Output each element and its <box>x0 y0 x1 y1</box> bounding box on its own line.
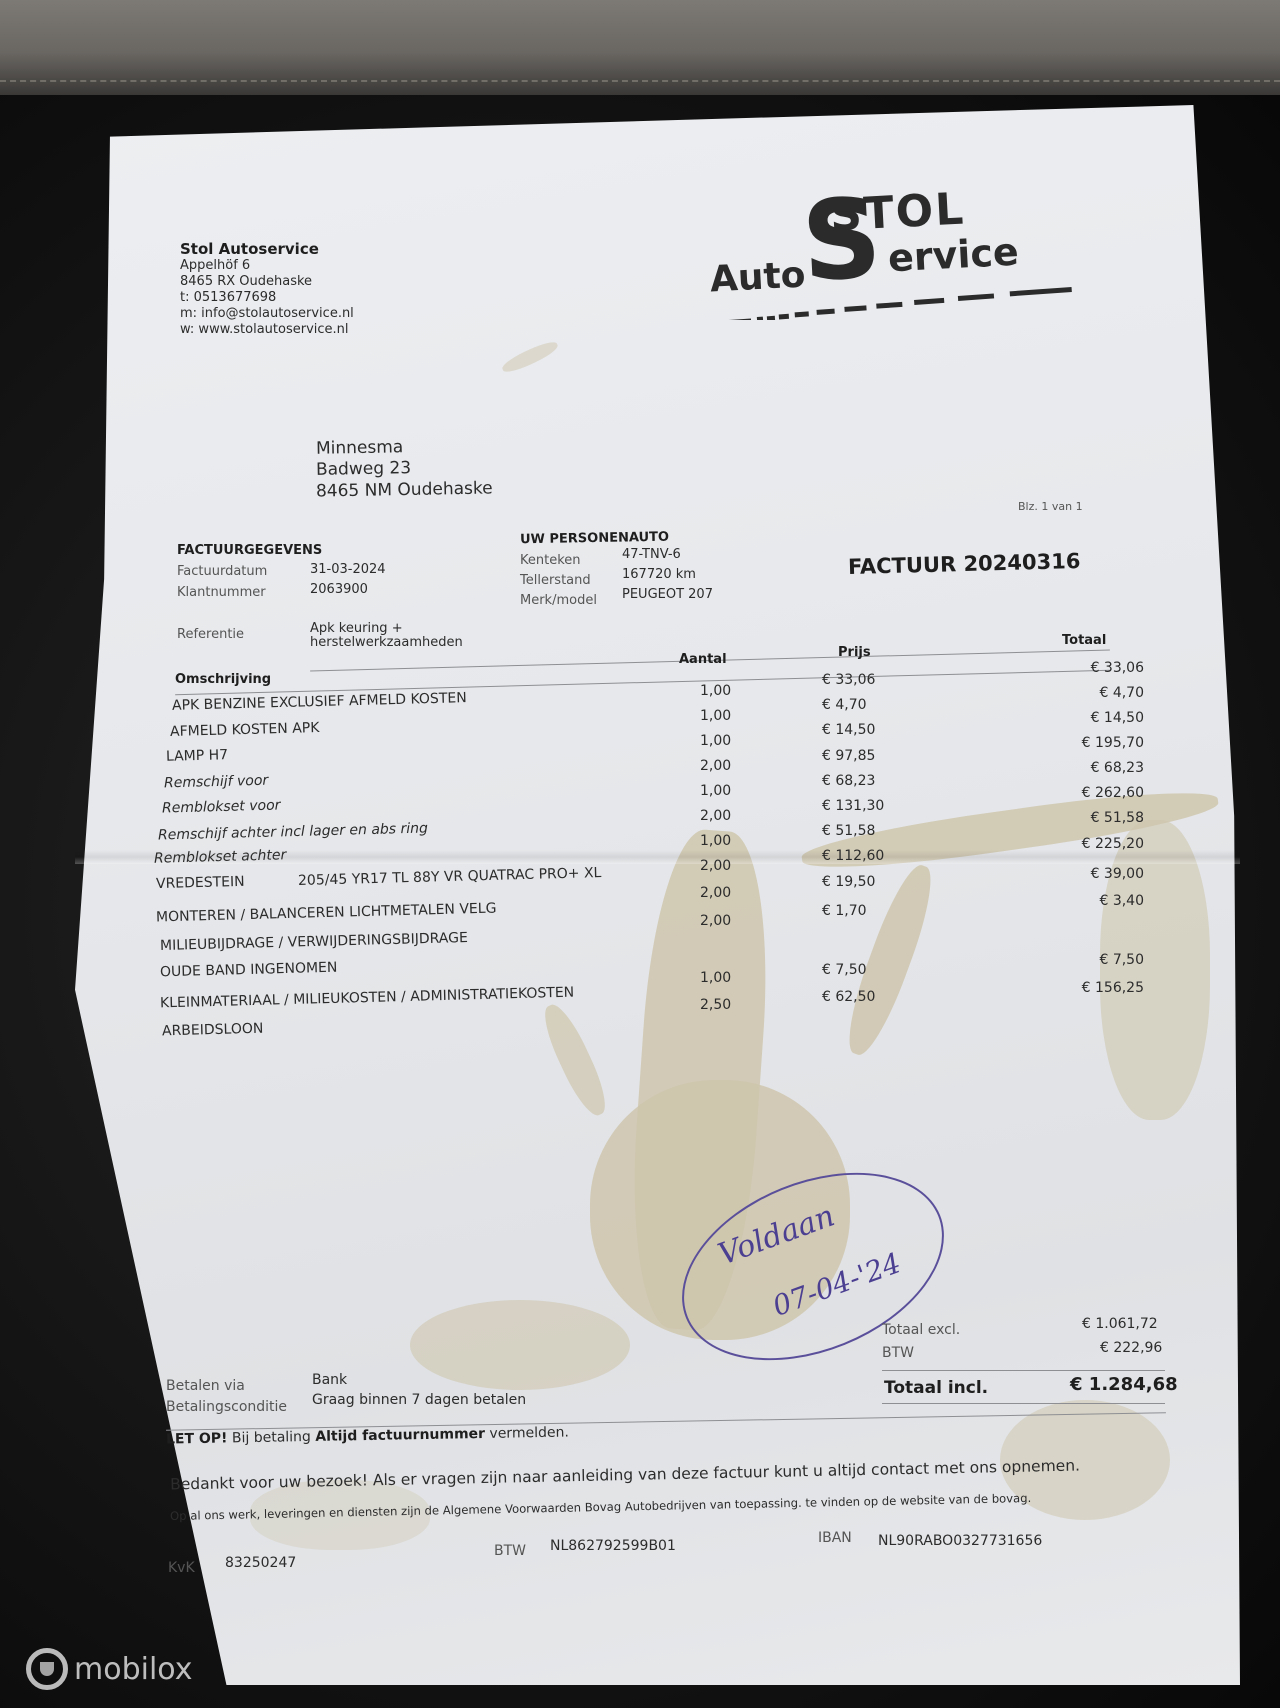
plate-label: Kenteken <box>520 553 581 568</box>
btw-number: NL862792599B01 <box>550 1538 676 1554</box>
line-item-total: € 3,40 <box>1099 893 1144 909</box>
column-header-price: Prijs <box>838 645 871 660</box>
customer-street: Badweg 23 <box>316 458 411 480</box>
line-item-price: € 4,70 <box>822 697 867 713</box>
watermark-text: mobilox <box>74 1652 192 1687</box>
line-item-total: € 156,25 <box>1082 980 1144 996</box>
line-item-price: € 131,30 <box>822 798 884 814</box>
notice-mid: Bij betaling <box>232 1429 311 1446</box>
line-item-price: € 51,58 <box>822 823 875 839</box>
company-website: w: www.stolautoservice.nl <box>180 322 349 337</box>
line-item-price: € 33,06 <box>822 672 875 688</box>
line-item-price: € 112,60 <box>822 848 884 864</box>
divider <box>882 1370 1165 1371</box>
iban-number: NL90RABO0327731656 <box>878 1533 1042 1549</box>
vehicle-model: PEUGEOT 207 <box>622 587 713 602</box>
logo-service-text: ervice <box>887 230 1020 281</box>
total-incl-label: Totaal incl. <box>884 1378 988 1398</box>
model-label: Merk/model <box>520 593 597 608</box>
vehicle-heading: UW PERSONENAUTO <box>520 530 669 548</box>
payment-condition: Graag binnen 7 dagen betalen <box>312 1392 526 1408</box>
payment-condition-label: Betalingsconditie <box>166 1399 287 1415</box>
mobilox-logo-icon <box>26 1648 68 1690</box>
line-item-price: € 62,50 <box>822 989 875 1005</box>
invoice-date: 31-03-2024 <box>310 562 386 577</box>
kvk-number: 83250247 <box>225 1555 296 1571</box>
line-item-price: € 7,50 <box>822 962 867 978</box>
line-item-quantity: 2,00 <box>700 758 731 774</box>
column-header-total: Totaal <box>1062 633 1106 648</box>
line-item-total: € 68,23 <box>1091 760 1144 776</box>
customer-number: 2063900 <box>310 582 368 597</box>
payment-method: Bank <box>312 1372 347 1388</box>
iban-label: IBAN <box>818 1530 852 1546</box>
line-item-description: ARBEIDSLOON <box>162 1021 264 1040</box>
line-item-total: € 33,06 <box>1091 660 1144 676</box>
column-header-quantity: Aantal <box>679 652 727 667</box>
line-item-quantity: 2,00 <box>700 808 731 824</box>
odometer: 167720 km <box>622 567 696 582</box>
line-item-quantity: 2,00 <box>700 858 731 874</box>
vat-value: € 222,96 <box>1100 1340 1162 1356</box>
seat-stitching <box>0 80 1280 88</box>
line-item-total: € 225,20 <box>1082 836 1144 852</box>
reference-line-2: herstelwerkzaamheden <box>310 635 463 650</box>
stain <box>410 1300 630 1390</box>
invoice-date-label: Factuurdatum <box>177 564 267 579</box>
company-name: Stol Autoservice <box>180 240 319 258</box>
line-item-total: € 262,60 <box>1082 785 1144 801</box>
line-item-description: LAMP H7 <box>166 747 229 765</box>
line-item-total: € 14,50 <box>1091 710 1144 726</box>
line-item-description: VREDESTEIN <box>156 874 245 892</box>
customer-name: Minnesma <box>316 437 404 459</box>
notice-suffix: vermelden. <box>489 1424 569 1441</box>
reference-label: Referentie <box>177 627 244 642</box>
line-item-quantity: 2,00 <box>700 885 731 901</box>
line-item-price: € 68,23 <box>822 773 875 789</box>
line-item-quantity: 1,00 <box>700 733 731 749</box>
logo-dashed-road-line <box>710 280 1090 320</box>
company-email: m: info@stolautoservice.nl <box>180 306 354 321</box>
stain <box>1100 820 1210 1120</box>
customer-city: 8465 NM Oudehaske <box>316 478 493 501</box>
invoice-details-heading: FACTUURGEGEVENS <box>177 543 322 558</box>
page-indicator: Blz. 1 van 1 <box>1018 500 1083 513</box>
notice-bold: Altijd factuurnummer <box>315 1426 485 1445</box>
line-item-price: € 14,50 <box>822 722 875 738</box>
column-header-description: Omschrijving <box>175 672 271 687</box>
line-item-total: € 39,00 <box>1091 866 1144 882</box>
line-item-quantity: 1,00 <box>700 833 731 849</box>
total-excl-value: € 1.061,72 <box>1082 1316 1158 1332</box>
line-item-total: € 195,70 <box>1082 735 1144 751</box>
line-item-total: € 4,70 <box>1099 685 1144 701</box>
line-item-price: € 1,70 <box>822 903 867 919</box>
divider <box>882 1403 1165 1404</box>
line-item-description: Remblokset voor <box>162 797 281 816</box>
line-item-quantity: 1,00 <box>700 683 731 699</box>
line-item-quantity: 2,00 <box>700 913 731 929</box>
line-item-quantity: 1,00 <box>700 970 731 986</box>
line-item-price: € 97,85 <box>822 748 875 764</box>
total-incl-value: € 1.284,68 <box>1070 1374 1178 1395</box>
line-item-total: € 51,58 <box>1091 810 1144 826</box>
total-excl-label: Totaal excl. <box>882 1322 960 1338</box>
kvk-label: KvK <box>168 1560 195 1576</box>
customer-number-label: Klantnummer <box>177 585 266 600</box>
line-item-description: Remschijf voor <box>164 773 269 792</box>
company-address: Appelhöf 6 <box>180 258 250 273</box>
company-phone: t: 0513677698 <box>180 290 276 305</box>
vat-label: BTW <box>882 1345 914 1361</box>
payment-method-label: Betalen via <box>166 1378 245 1394</box>
line-item-price: € 19,50 <box>822 874 875 890</box>
stol-autoservice-logo: STOL Auto S ervice <box>710 185 1090 315</box>
line-item-total: € 7,50 <box>1099 952 1144 968</box>
reference-line-1: Apk keuring + <box>310 621 403 636</box>
mobilox-watermark: mobilox <box>26 1648 192 1690</box>
company-postal: 8465 RX Oudehaske <box>180 274 312 289</box>
btw-label: BTW <box>494 1543 526 1559</box>
line-item-quantity: 2,50 <box>700 997 731 1013</box>
odometer-label: Tellerstand <box>520 573 591 588</box>
license-plate: 47-TNV-6 <box>622 547 681 562</box>
line-item-quantity: 1,00 <box>700 783 731 799</box>
line-item-quantity: 1,00 <box>700 708 731 724</box>
notice-prefix: LET OP! <box>166 1430 228 1447</box>
